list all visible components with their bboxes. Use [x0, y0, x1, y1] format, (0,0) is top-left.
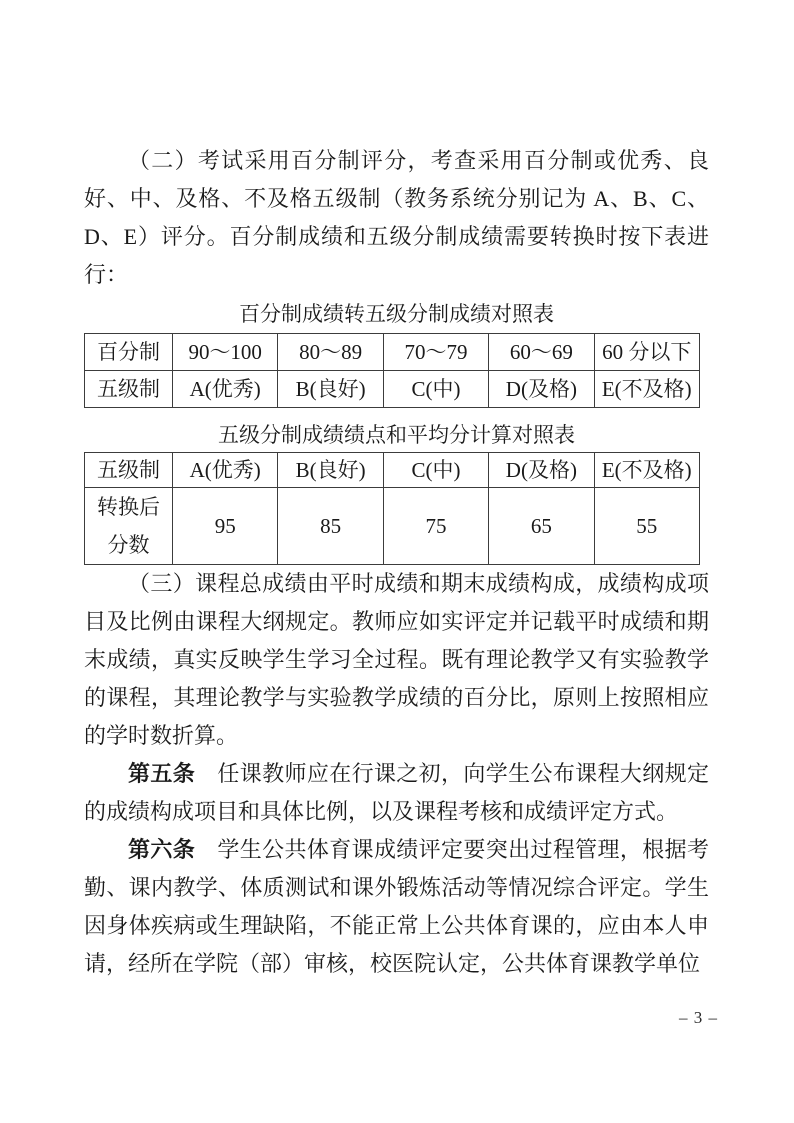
document-page: （二）考试采用百分制评分，考查采用百分制或优秀、良好、中、及格、不及格五级制（教… — [0, 0, 794, 1123]
table-cell: 55 — [594, 488, 699, 565]
table1-title: 百分制成绩转五级分制成绩对照表 — [84, 300, 709, 328]
table-cell: D(及格) — [489, 453, 594, 488]
paragraph-item-3: （三）课程总成绩由平时成绩和期末成绩构成，成绩构成项目及比例由课程大纲规定。教师… — [84, 565, 709, 755]
table-cell: 百分制 — [85, 334, 173, 371]
table-cell: 70～79 — [383, 334, 488, 371]
table-cell: 65 — [489, 488, 594, 565]
table-cell: 85 — [278, 488, 383, 565]
table-cell: B(良好) — [278, 371, 383, 408]
table-cell: 90～100 — [173, 334, 278, 371]
table-cell: E(不及格) — [594, 453, 699, 488]
table-percent-to-five-level: 百分制 90～100 80～89 70～79 60～69 60 分以下 五级制 … — [84, 333, 700, 408]
table-row: 五级制 A(优秀) B(良好) C(中) D(及格) E(不及格) — [85, 453, 700, 488]
article-6-term: 第六条 — [128, 837, 195, 862]
table-cell: A(优秀) — [173, 371, 278, 408]
paragraph-item-2: （二）考试采用百分制评分，考查采用百分制或优秀、良好、中、及格、不及格五级制（教… — [84, 142, 709, 294]
table-cell: D(及格) — [489, 371, 594, 408]
table2-title: 五级分制成绩绩点和平均分计算对照表 — [84, 421, 709, 449]
table-row: 百分制 90～100 80～89 70～79 60～69 60 分以下 — [85, 334, 700, 371]
table-row: 五级制 A(优秀) B(良好) C(中) D(及格) E(不及格) — [85, 371, 700, 408]
table-cell: A(优秀) — [173, 453, 278, 488]
table-cell: 80～89 — [278, 334, 383, 371]
table-cell: C(中) — [383, 371, 488, 408]
page-number: – 3 – — [679, 1008, 718, 1028]
table-five-level-to-score: 五级制 A(优秀) B(良好) C(中) D(及格) E(不及格) 转换后分数 … — [84, 452, 700, 565]
table-cell: 五级制 — [85, 453, 173, 488]
paragraph-article-5: 第五条 任课教师应在行课之初，向学生公布课程大纲规定的成绩构成项目和具体比例，以… — [84, 755, 709, 831]
table-cell: C(中) — [383, 453, 488, 488]
table-cell: 60～69 — [489, 334, 594, 371]
table-cell: 95 — [173, 488, 278, 565]
document-body: （二）考试采用百分制评分，考查采用百分制或优秀、良好、中、及格、不及格五级制（教… — [84, 142, 709, 983]
table-cell: B(良好) — [278, 453, 383, 488]
table-cell: 转换后分数 — [85, 488, 173, 565]
table-cell: E(不及格) — [594, 371, 699, 408]
article-5-term: 第五条 — [128, 761, 195, 786]
table-cell: 75 — [383, 488, 488, 565]
table-cell: 60 分以下 — [594, 334, 699, 371]
paragraph-article-6: 第六条 学生公共体育课成绩评定要突出过程管理，根据考勤、课内教学、体质测试和课外… — [84, 831, 709, 983]
table-cell: 五级制 — [85, 371, 173, 408]
table-row: 转换后分数 95 85 75 65 55 — [85, 488, 700, 565]
